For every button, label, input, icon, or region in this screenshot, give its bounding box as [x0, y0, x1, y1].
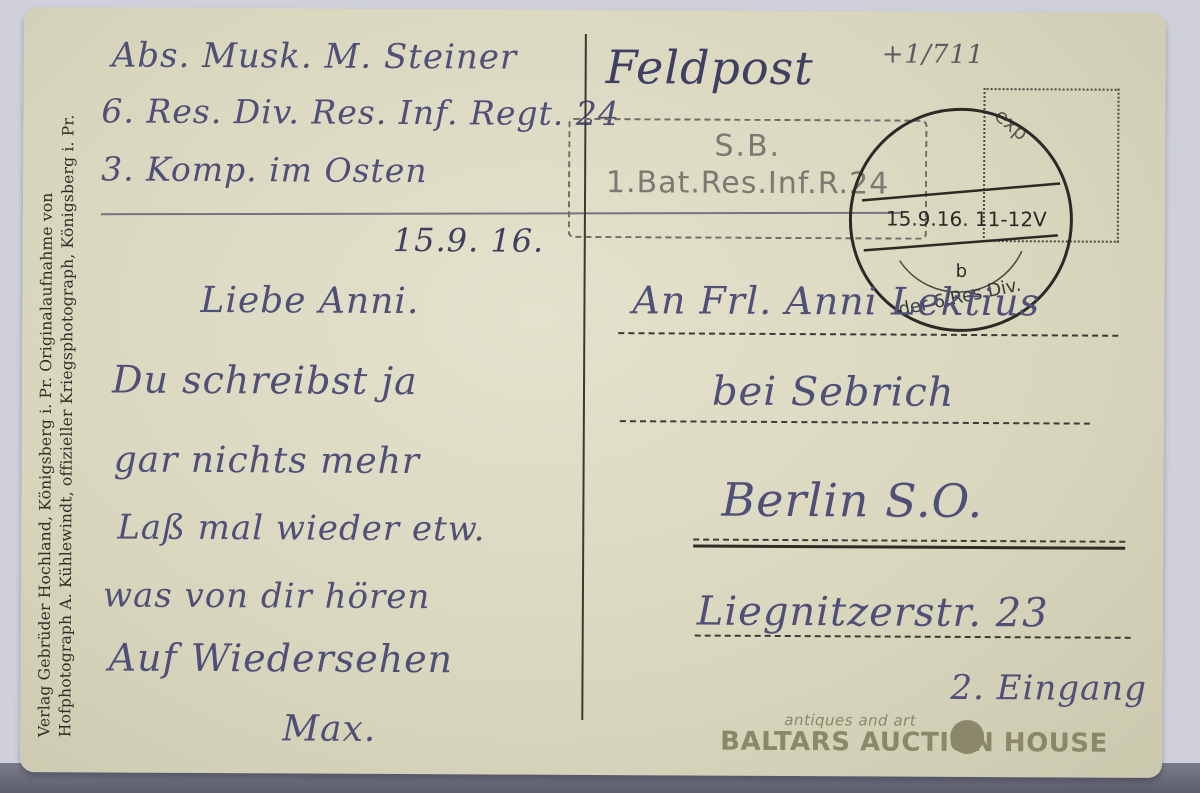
city-underline: [693, 545, 1125, 550]
recipient-city: Berlin S.O.: [721, 473, 983, 528]
recipient-note: 2. Eingang: [950, 668, 1147, 709]
recipient-line-2: bei Sebrich: [712, 369, 955, 416]
message-date: 15.9. 16.: [393, 221, 545, 260]
address-line-4: [695, 635, 1131, 639]
message-salutation: Liebe Anni.: [200, 280, 419, 322]
message-line-3: Laß mal wieder etw.: [117, 508, 485, 550]
sender-line-3: 3. Komp. im Osten: [101, 149, 428, 190]
postmark-date: 15.9.16. 11-12V: [886, 207, 1047, 232]
recipient-line-1: An Frl. Anni Lektius: [632, 278, 1040, 324]
sender-line-2: 6. Res. Div. Res. Inf. Regt. 24: [101, 91, 620, 133]
postcard: Verlag Gebrüder Hochland, Königsberg i. …: [20, 7, 1166, 778]
handwritten-annotation: +1/711: [882, 40, 985, 71]
address-line-2: [620, 420, 1090, 424]
recipient-street: Liegnitzerstr. 23: [697, 589, 1049, 637]
imprint-line-2: Hofphotograph A. Kühlewindt, offizieller…: [55, 17, 80, 737]
watermark-brand: BALTARS AUCTION HOUSE: [720, 727, 1108, 759]
message-signature: Max.: [282, 708, 376, 749]
feldpost-header: Feldpost: [606, 40, 814, 95]
address-line-1: [618, 332, 1118, 337]
message-line-5: Auf Wiedersehen: [108, 635, 453, 681]
address-line-3: [693, 539, 1125, 543]
sender-line-1: Abs. Musk. M. Steiner: [112, 35, 518, 77]
auction-watermark: antiques and art BALTARS AUCTION HOUSE: [720, 711, 1120, 773]
message-line-1: Du schreibst ja: [112, 357, 418, 403]
publisher-imprint: Verlag Gebrüder Hochland, Königsberg i. …: [34, 17, 80, 737]
postmark-letter: b: [956, 261, 968, 282]
message-line-2: gar nichts mehr: [114, 439, 421, 482]
message-line-4: was von dir hören: [103, 575, 431, 617]
